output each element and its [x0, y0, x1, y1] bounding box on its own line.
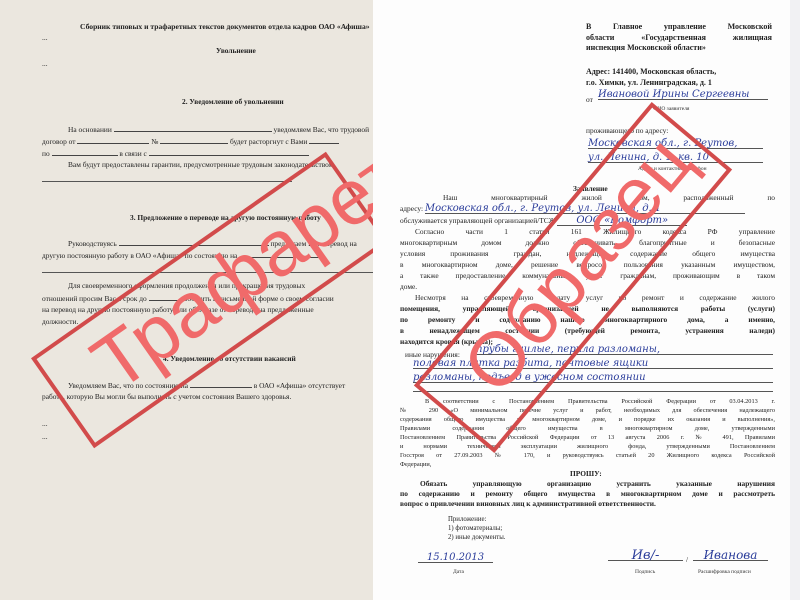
addressee: В Главное управление Московской области …	[586, 22, 772, 54]
text: в связи с	[119, 149, 146, 158]
legal-basis: Правилами содержания общего имущества в …	[400, 424, 775, 433]
request-title: ПРОШУ:	[570, 469, 602, 478]
legal-basis: Постановлением Правительства Российской …	[400, 433, 775, 442]
paragraph: доме.	[400, 282, 417, 291]
date-field: 15.10.2013	[418, 553, 493, 563]
signature-name-caption: Расшифровка подписи	[698, 568, 751, 577]
blank-field	[42, 181, 292, 182]
date-caption: Дата	[453, 568, 464, 577]
ellipsis: ...	[42, 59, 48, 68]
blank-field	[309, 136, 339, 144]
text: договор от	[42, 137, 76, 146]
text: уведомляем Вас, что трудовой	[274, 125, 369, 134]
legal-basis: Госстроя от 27.09.2003 № 170, и руководс…	[400, 451, 775, 460]
blank-field	[77, 136, 149, 144]
request-text: Обязать управляющую организацию устранит…	[420, 479, 775, 488]
ellipsis: ...	[42, 432, 48, 441]
document-title: Увольнение	[216, 46, 256, 55]
text: Руководствуясь	[68, 239, 117, 248]
ellipsis: ...	[42, 33, 48, 42]
blank-field	[149, 148, 309, 156]
applicant-name: Ивановой Ирины Сергеевны	[598, 90, 768, 100]
attachments-title: Приложение:	[448, 515, 486, 524]
text: адресу:	[400, 204, 423, 213]
attachment-item: 2) иные документы.	[448, 533, 505, 542]
ellipsis: ...	[42, 419, 48, 428]
text: обслуживается управляющей организацией/Т…	[400, 216, 555, 225]
from-label: от	[586, 95, 593, 104]
signature-name-field: Иванова	[693, 551, 768, 561]
request-text: вопрос о привлечении виновных лиц к адми…	[400, 499, 656, 508]
blank-field	[52, 148, 118, 156]
signature-field: Ив/-	[608, 551, 683, 561]
collection-header: Сборник типовых и трафаретных текстов до…	[80, 22, 370, 31]
request-text: по содержанию и ремонту общего имущества…	[400, 489, 775, 498]
right-document-sample: В Главное управление Московской области …	[373, 0, 800, 600]
text: по	[42, 149, 50, 158]
left-document-template: Сборник типовых и трафаретных текстов до…	[0, 0, 373, 600]
text: будет расторгнут с Вами	[230, 137, 307, 146]
legal-basis: Федерации,	[400, 460, 431, 469]
legal-basis: и нормами технической эксплуатации жилищ…	[400, 442, 775, 451]
signature-caption: Подпись	[635, 568, 655, 577]
blank-field	[114, 124, 272, 132]
page-edge-shadow	[790, 0, 800, 600]
blank-field	[190, 380, 252, 388]
section-heading: 2. Уведомление об увольнении	[182, 97, 284, 106]
text: На основании	[68, 125, 112, 134]
text: в ОАО «Афиша» отсутствует	[254, 381, 345, 390]
text: Вам будут предоставлены гарантии, предус…	[68, 160, 333, 169]
text: должности.	[42, 317, 78, 326]
addressee-address: Адрес: 141400, Московская область, г.о. …	[586, 67, 716, 88]
blank-field	[160, 136, 228, 144]
text: №	[151, 137, 158, 146]
attachment-item: 1) фотоматериалы;	[448, 524, 502, 533]
